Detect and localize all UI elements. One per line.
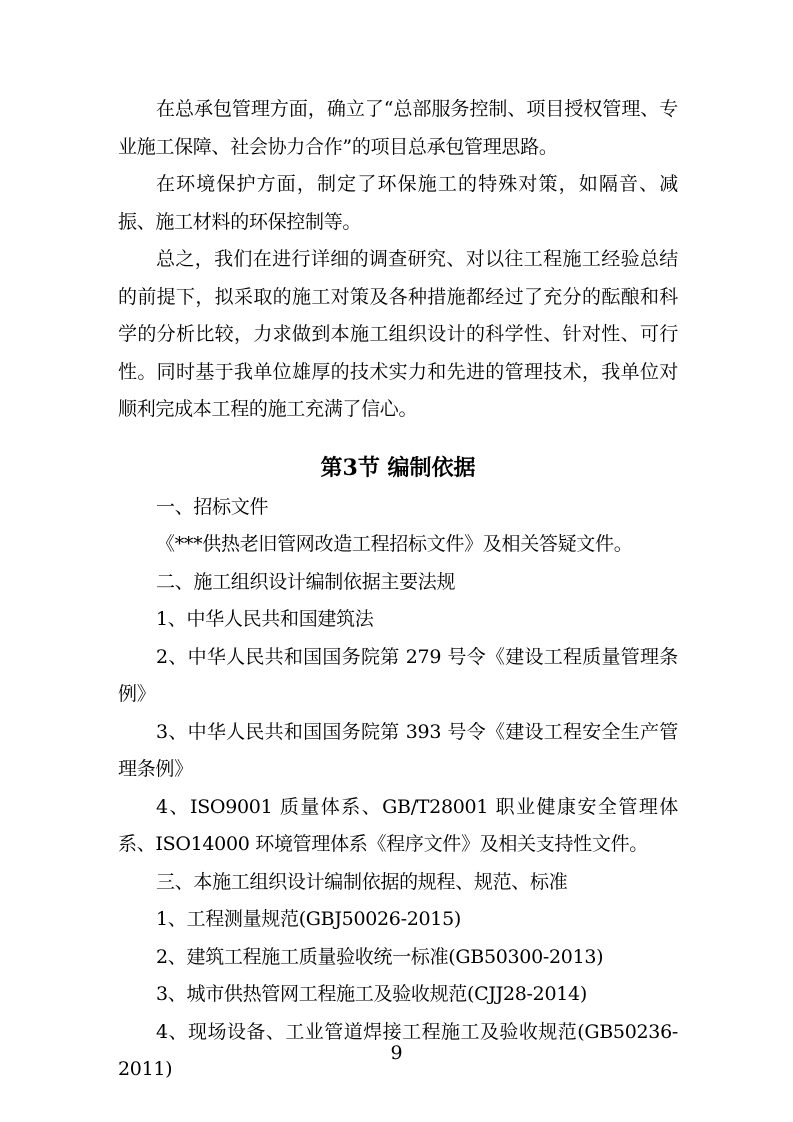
paragraph: 一、招标文件 <box>118 489 678 527</box>
paragraph: 2、建筑工程施工质量验收统一标准(GB50300-2013) <box>118 939 678 977</box>
paragraph: 在总承包管理方面，确立了“总部服务控制、项目授权管理、专业施工保障、社会协力合作… <box>118 91 678 166</box>
paragraph: 在环境保护方面，制定了环保施工的特殊对策，如隔音、减振、施工材料的环保控制等。 <box>118 166 678 241</box>
paragraph: 2、中华人民共和国国务院第 279 号令《建设工程质量管理条例》 <box>118 639 678 714</box>
paragraph: 三、本施工组织设计编制依据的规程、规范、标准 <box>118 864 678 902</box>
paragraph: 4、ISO9001 质量体系、GB/T28001 职业健康安全管理体系、ISO1… <box>118 789 678 864</box>
document-page: 在总承包管理方面，确立了“总部服务控制、项目授权管理、专业施工保障、社会协力合作… <box>0 0 793 1122</box>
page-number: 9 <box>0 1040 793 1066</box>
paragraph: 3、城市供热管网工程施工及验收规范(CJJ28-2014) <box>118 976 678 1014</box>
document-body: 在总承包管理方面，确立了“总部服务控制、项目授权管理、专业施工保障、社会协力合作… <box>118 91 678 1089</box>
paragraph: 总之，我们在进行详细的调查研究、对以往工程施工经验总结的前提下，拟采取的施工对策… <box>118 241 678 429</box>
paragraph: 1、中华人民共和国建筑法 <box>118 601 678 639</box>
paragraph: 1、工程测量规范(GBJ50026-2015) <box>118 901 678 939</box>
paragraph: 二、施工组织设计编制依据主要法规 <box>118 564 678 602</box>
section-heading: 第3节 编制依据 <box>118 448 678 488</box>
paragraph: 3、中华人民共和国国务院第 393 号令《建设工程安全生产管理条例》 <box>118 714 678 789</box>
paragraph: 《***供热老旧管网改造工程招标文件》及相关答疑文件。 <box>118 526 678 564</box>
